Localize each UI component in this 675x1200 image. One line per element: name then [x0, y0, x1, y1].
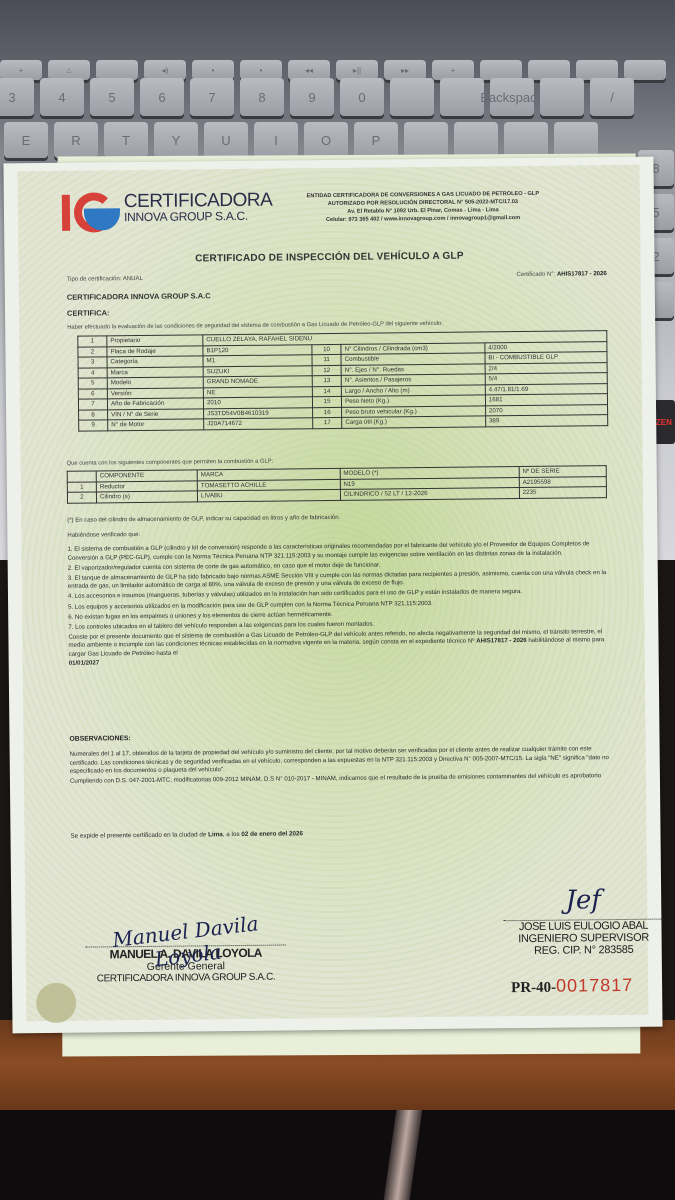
keyboard-key: P: [354, 122, 398, 158]
keyboard-key: ⌂: [48, 60, 90, 80]
entity-info: ENTIDAD CERTIFICADORA DE CONVERSIONES A …: [258, 189, 588, 224]
brand-line-2: INNOVA GROUP S.A.C.: [124, 210, 272, 224]
brand-line-1: CERTIFICADORA: [124, 191, 273, 212]
observations-heading: OBSERVACIONES:: [69, 735, 130, 743]
keyboard-key: 3: [0, 78, 34, 116]
keyboard-key: [540, 78, 584, 116]
keyboard-key: •: [240, 60, 282, 80]
expediente-number: AHIS17817 - 2026: [476, 637, 527, 645]
certification-type: Tipo de certificación: ANUAL: [67, 276, 143, 283]
keyboard-key: [480, 60, 522, 80]
keyboard-key: 8: [240, 78, 284, 116]
keyboard-key: Backspace: [490, 78, 534, 116]
table-cell: 2235: [519, 487, 606, 498]
field-label: Carga útil (Kg.): [342, 416, 486, 428]
certificate-meta: Tipo de certificación: ANUAL Certificado…: [67, 271, 607, 283]
certificate: CERTIFICADORA INNOVA GROUP S.A.C. ENTIDA…: [18, 165, 649, 1021]
keyboard-key: [504, 122, 548, 158]
keyboard-key: [404, 122, 448, 158]
issued-statement: Se expide el presente certificado en la …: [70, 830, 303, 839]
conste-paragraph: Conste por el presente documento que el …: [68, 628, 618, 668]
keyboard-key: ▸||: [336, 60, 378, 80]
serial-prefix: PR-40-: [511, 980, 556, 996]
row-number: 14: [312, 386, 341, 397]
floor: [0, 1110, 675, 1200]
ig-logo-icon: [58, 188, 122, 233]
row-number: 13: [312, 375, 341, 386]
row-number: 3: [78, 357, 107, 368]
observations: Numerales del 1 al 17, obtenidos de la t…: [70, 745, 620, 787]
keyboard-key: +: [432, 60, 474, 80]
keyboard-key: /: [590, 78, 634, 116]
verified-heading: Habiéndose verificado que:: [67, 532, 140, 539]
field-value: J20A714672: [204, 418, 313, 430]
keyboard-key: [96, 60, 138, 80]
keyboard-key: [554, 122, 598, 158]
row-number: 2: [78, 346, 107, 357]
number-key-row: 34567890Backspace/: [0, 78, 634, 116]
signature-block-manager: Manuel Davila Loyola MANUEL A. DAVILA LO…: [85, 919, 286, 985]
row-number: 8: [79, 409, 108, 420]
letter-key-row: ERTYUIOP: [4, 122, 598, 158]
keyboard-key: 0: [340, 78, 384, 116]
keyboard-key: E: [4, 122, 48, 158]
table-cell: CILINDRICO / 52 LT / 12-2026: [340, 488, 519, 500]
keyboard-key: 6: [140, 78, 184, 116]
signer-role: INGENIERO SUPERVISOR: [504, 932, 664, 946]
signature-block-engineer: Jef JOSE LUIS EULOGIO ABAL INGENIERO SUP…: [503, 885, 664, 958]
keyboard-key: Y: [154, 122, 198, 158]
keyboard-key: [454, 122, 498, 158]
function-key-row: +⌂◂)••◂◂▸||▸▸+: [0, 60, 666, 80]
keyboard-key: 7: [190, 78, 234, 116]
brand-name: CERTIFICADORA INNOVA GROUP S.A.C.: [124, 191, 273, 224]
row-number: 10: [312, 344, 341, 355]
table-cell: Cilindro (s): [96, 491, 197, 503]
keyboard-key: [576, 60, 618, 80]
document-title: CERTIFICADO DE INSPECCIÓN DEL VEHÍCULO A…: [18, 249, 640, 267]
signer-company: CERTIFICADORA INNOVA GROUP S.A.C.: [86, 972, 286, 985]
embossed-seal-icon: [36, 983, 76, 1023]
field-value: 389: [485, 415, 607, 427]
row-number: 7: [78, 399, 107, 410]
keyboard-key: I: [254, 122, 298, 158]
row-number: 1: [78, 336, 107, 347]
certificate-paper: CERTIFICADORA INNOVA GROUP S.A.C. ENTIDA…: [3, 157, 662, 1034]
keyboard-key: ▸▸: [384, 60, 426, 80]
company-heading: CERTIFICADORA INNOVA GROUP S.A.C: [67, 291, 211, 302]
keyboard-key: 5: [90, 78, 134, 116]
keyboard-key: O: [304, 122, 348, 158]
serial-number: 0017817: [556, 975, 633, 996]
row-number: 5: [78, 378, 107, 389]
verification-items: 1. El sistema de combustión a GLP (cilin…: [67, 540, 618, 669]
keyboard-key: ◂): [144, 60, 186, 80]
table-cell: 1: [67, 481, 96, 492]
cylinder-note: (*) En caso del cilindro de almacenamien…: [67, 515, 340, 524]
row-number: 16: [313, 407, 342, 418]
table-cell: 2: [67, 492, 96, 503]
keyboard-key: R: [54, 122, 98, 158]
certifica-heading: CERTIFICA:: [67, 308, 110, 317]
row-number: 4: [78, 367, 107, 378]
keyboard-key: [528, 60, 570, 80]
form-serial-number: PR-40-0017817: [511, 975, 633, 997]
keyboard-key: U: [204, 122, 248, 158]
keyboard-key: 4: [40, 78, 84, 116]
row-number: 6: [78, 388, 107, 399]
table-cell: LIVABU: [197, 489, 340, 501]
signature-scribble: Jef: [503, 885, 663, 921]
vehicle-data-table: 1PropietarioCUELLO ZELAYA, RAFAHEL SIDEN…: [77, 330, 608, 431]
keyboard-key: T: [104, 122, 148, 158]
keyboard-key: ◂◂: [288, 60, 330, 80]
row-number: 11: [312, 354, 341, 365]
certificate-number: Certificado N°: AHIS17817 - 2026: [517, 271, 607, 278]
field-label: N° de Motor: [108, 419, 204, 431]
signer-registration: REG. CIP. N° 283585: [504, 944, 664, 958]
keyboard-key: [440, 78, 484, 116]
row-number: 9: [79, 420, 108, 431]
keyboard-key: +: [0, 60, 42, 80]
row-number: 17: [313, 417, 342, 428]
intro-text: Haber efectuado la evaluación de las con…: [67, 321, 443, 331]
keyboard-key: [390, 78, 434, 116]
issued-city: Lima: [208, 831, 223, 838]
keyboard-key: 9: [290, 78, 334, 116]
row-number: 12: [312, 365, 341, 376]
issued-date: 02 de enero del 2026: [241, 830, 303, 838]
components-table: COMPONENTEMARCAMODELO (*)Nº DE SERIE1Red…: [67, 465, 607, 503]
row-number: 15: [313, 396, 342, 407]
keyboard-key: •: [192, 60, 234, 80]
components-intro: Que cuenta con los siguientes componente…: [67, 459, 274, 467]
certificate-header: CERTIFICADORA INNOVA GROUP S.A.C. ENTIDA…: [58, 183, 618, 239]
column-header: [67, 471, 96, 482]
keyboard-key: [624, 60, 666, 80]
